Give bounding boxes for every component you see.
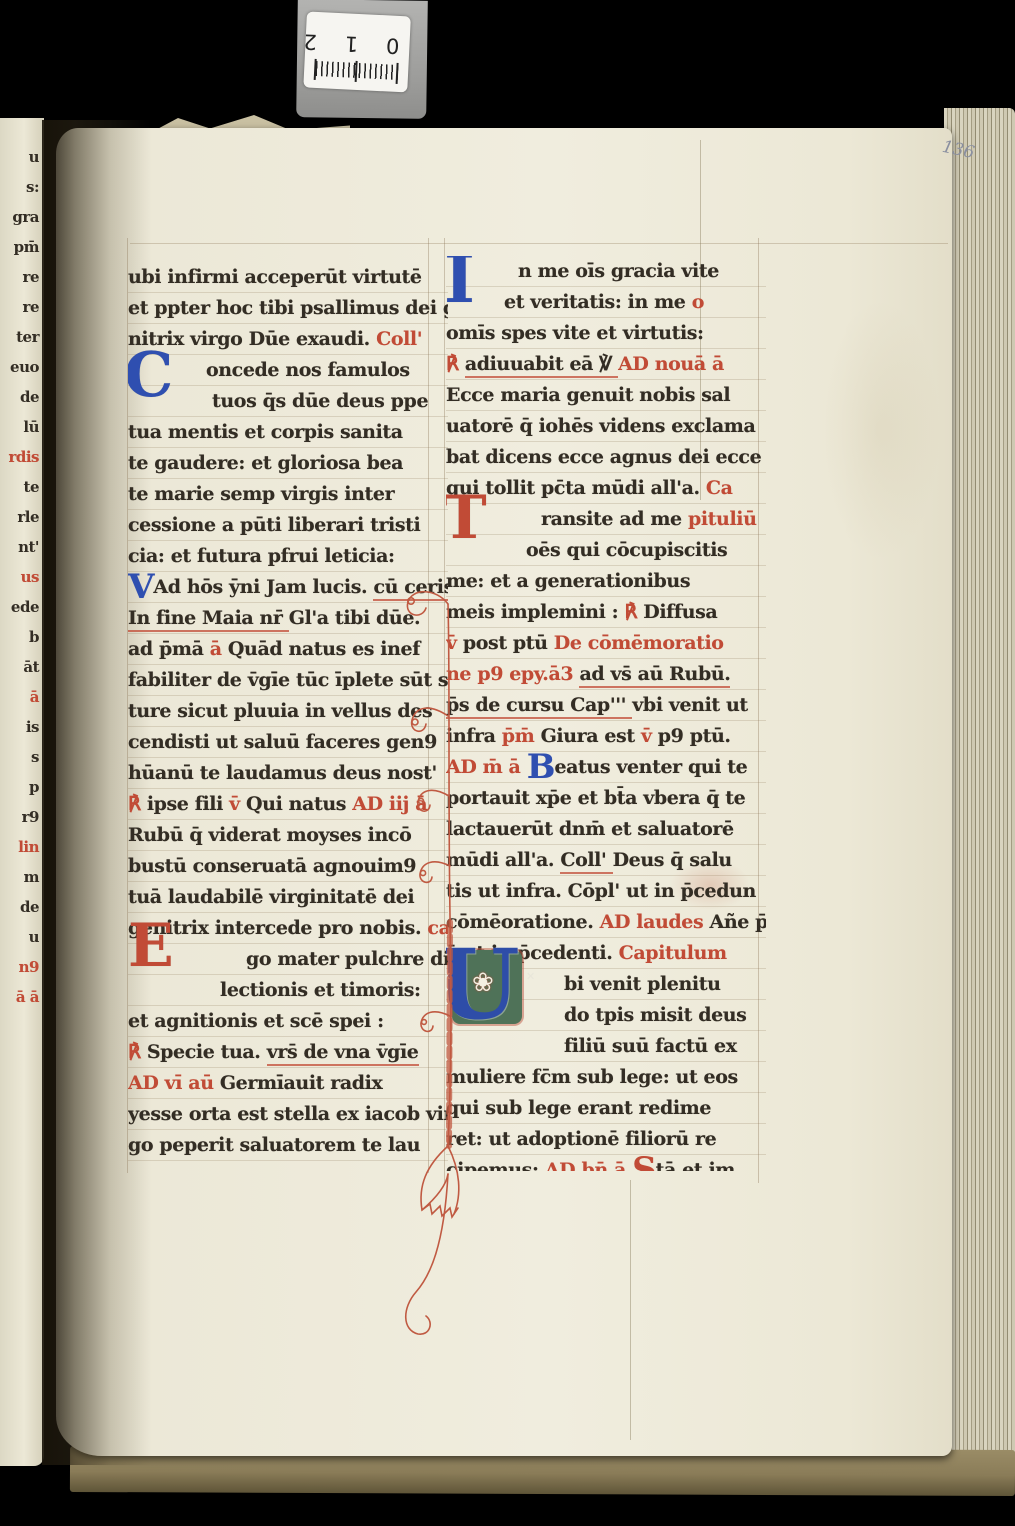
text-segment: hūanū te laudamus deus nost' [128,762,437,784]
ruler-digits: 0 1 2 [297,29,406,58]
facing-page-fragment: m [0,862,42,892]
facing-page-text-fragments: us:grapm̄reretereuodelūrdisterlent'usede… [0,142,42,1012]
facing-page-fragment: rdis [0,442,42,472]
text-segment: p9 ptū. [658,725,731,747]
text-segment: cendisti ut saluū faceres gen9 [128,731,437,753]
text-segment: AD laudes [600,911,710,933]
text-segment: ipse fili [147,793,229,815]
text-segment: AD nouā ā [618,353,724,375]
text-segment: oncede nos famulos [206,359,410,381]
text-segment: ℟ [128,793,147,815]
text-segment: ad p̄mā [128,638,210,660]
text-segment: tuā laudabilē virginitatē dei [128,886,414,908]
text-line: oēs qui cōcupiscitis [446,535,766,566]
text-segment: cessione a pūti liberari tristi [128,514,420,536]
text-line: ℟ adiuuabit eā ℣ AD nouā ā [446,349,766,380]
text-segment: v̄ [229,793,246,815]
facing-page-fragment: euo [0,352,42,382]
text-segment: o [692,291,704,313]
text-segment: S [632,1150,656,1171]
text-segment: Ad hōs ȳni Jam lucis. [153,576,373,598]
text-segment: Specie tua. [147,1041,267,1063]
facing-page-fragment: u [0,922,42,952]
ruler-major-tick [396,63,399,84]
facing-page-fragment: de [0,892,42,922]
text-segment: do tpis misit deus [564,1004,746,1026]
text-line: cia: et futura pfrui leticia: [128,541,448,572]
drop-cap-initial-I: I [446,256,475,312]
text-segment: ℟ [128,1041,147,1063]
penwork-flourish [396,586,506,1356]
text-segment: Ecce maria genuit nobis sal [446,384,730,406]
text-segment: p̄m̄ [502,725,541,747]
drop-cap-initial-T: T [446,488,487,548]
drop-cap-initial-E: E [128,916,174,976]
text-segment: omīs spes vite et virtutis: [446,322,704,344]
text-segment: oēs qui cōcupiscitis [526,539,727,561]
text-segment: go peperit saluatorem te lau [128,1134,420,1156]
text-line: nitrix virgo Dūe exaudi. Coll' [128,324,448,355]
text-segment: te marie semp virgis inter [128,483,394,505]
text-segment: Qui natus [246,793,352,815]
text-segment: ad vs̄ aū Rubū. [579,663,730,688]
ruler-digit: 2 [303,29,318,54]
text-segment: bustū conseruatā agnouim9 [128,855,416,877]
text-segment: B [527,747,555,787]
text-line: ubi infirmi acceperūt virtutē [128,262,448,293]
manuscript-photograph: { "photo": { "page_number": "136" }, "ru… [0,0,1015,1526]
ruler-digit: 1 [344,31,359,56]
text-segment: eatus venter qui te [554,756,747,778]
text-segment: De cōmēmoratio [554,632,724,654]
facing-page-fragment: lin [0,832,42,862]
text-segment: cia: et futura pfrui leticia: [128,545,395,567]
text-segment: ℟ [446,353,465,375]
text-line: n me oīs gracia vite [446,256,766,287]
text-segment: Capitulum [292,1165,400,1167]
facing-page-fragment: p [0,772,42,802]
parchment-crease [630,1180,631,1440]
facing-page-fragment: lū [0,412,42,442]
facing-page-fragment: nt' [0,532,42,562]
facing-page-fragment: n9 [0,952,42,982]
holder-tab: 0 1 2 [296,0,428,119]
text-line: et ppter hoc tibi psallimus dei ge [128,293,448,324]
text-segment: Añe p̄9 [710,911,766,933]
text-line: te marie semp virgis inter [128,479,448,510]
text-segment: Germīauit radix [220,1072,383,1094]
text-segment: v̄ [641,725,658,747]
facing-page-fragment: ede [0,592,42,622]
facing-page-fragment: u [0,142,42,172]
text-segment: Coll' [560,849,612,874]
text-segment: AD bn̄ ā [545,1159,632,1171]
text-segment: Giura est [541,725,641,747]
facing-page-fragment: ā [0,682,42,712]
text-segment: tuos q̄s dūe deus ppe [212,390,428,412]
ruler: 0 1 2 [303,11,411,92]
text-line: cessione a pūti liberari tristi [128,510,448,541]
facing-page-fragment: de [0,382,42,412]
facing-page-fragment: s [0,742,42,772]
facing-page-fragment: re [0,292,42,322]
facing-page-fragment: b [0,622,42,652]
text-line: tuos q̄s dūe deus ppe [128,386,448,417]
text-segment: vbi venit ut [632,694,748,716]
text-line: bat dicens ecce agnus dei ecce [446,442,766,473]
text-line: tua mentis et corpis sanita [128,417,448,448]
text-segment: et veritatis: in me [504,291,692,313]
text-line: et veritatis: in me o [446,287,766,318]
facing-page-fragment: r9 [0,802,42,832]
x-ornament-icon: ✕ [526,970,535,983]
text-segment: ā [210,638,228,660]
text-line: uatorē q̄ iohēs videns exclama [446,411,766,442]
facing-page-fragment: re [0,262,42,292]
text-segment: AD vī aū [128,1072,220,1094]
facing-page-fragment: gra [0,202,42,232]
facing-page-fragment: ā ā [0,982,42,1012]
facing-page-fragment: ter [0,322,42,352]
text-segment: bat dicens ecce agnus dei ecce [446,446,761,468]
text-segment: n me oīs gracia vite [518,260,719,282]
text-segment: tua mentis et corpis sanita [128,421,403,443]
ruling-line [130,243,948,244]
text-segment: Capitulum [619,942,727,964]
parchment-stain [820,300,940,560]
text-segment: ubi infirmi acceperūt virtutē [128,266,422,288]
text-segment: tā et im [656,1159,735,1171]
text-segment: ℟ [624,601,643,623]
text-segment: et agnitionis et scē spei : [128,1010,384,1032]
text-line: ransite ad me pituliū [446,504,766,535]
text-segment: uatorē q̄ iohēs videns exclama [446,415,755,437]
text-line: Ecce maria genuit nobis sal [446,380,766,411]
text-segment: te gaudere: et gloriosa bea [128,452,403,474]
text-segment: adiuuabit eā ℣ [465,353,618,378]
text-segment: bi venit plenitu [564,973,720,995]
text-segment: Coll' [376,328,422,350]
facing-page-fragment: is [0,712,42,742]
text-segment: damus deus nr̄. [128,1165,292,1167]
text-segment: Deus q̄ salu [613,849,732,871]
text-segment: In fine Maia nr̄ [128,607,289,632]
text-segment: ransite ad me [541,508,688,530]
facing-page-fragment: āt [0,652,42,682]
page-edges-stack [944,108,1015,1473]
text-segment: filiū suū factū ex [564,1035,737,1057]
text-segment: Quād natus es inef [228,638,420,660]
facing-page-fragment: pm̄ [0,232,42,262]
text-segment: lectionis et timoris: [220,979,421,1001]
text-line: omīs spes vite et virtutis: [446,318,766,349]
text-segment: Rubū q̄ viderat moyses incō [128,824,411,846]
text-segment: ture sicut pluuia in vellus des [128,700,432,722]
ruler-digit: 0 [385,33,400,58]
text-segment: Diffusa [643,601,717,623]
facing-page-fragment: rle [0,502,42,532]
text-segment: et ppter hoc tibi psallimus dei ge [128,297,448,319]
text-segment: pituliū [688,508,757,530]
text-line: oncede nos famulos [128,355,448,386]
facing-page-fragment: te [0,472,42,502]
facing-page-fragment: s: [0,172,42,202]
drop-cap-initial-C: C [128,344,173,406]
text-line: qui tollit pc̄ta mūdi all'a. Ca [446,473,766,504]
text-segment: Ca [706,477,733,499]
facing-page-fragment: us [0,562,42,592]
text-line: te gaudere: et gloriosa bea [128,448,448,479]
text-segment: V [128,567,153,607]
